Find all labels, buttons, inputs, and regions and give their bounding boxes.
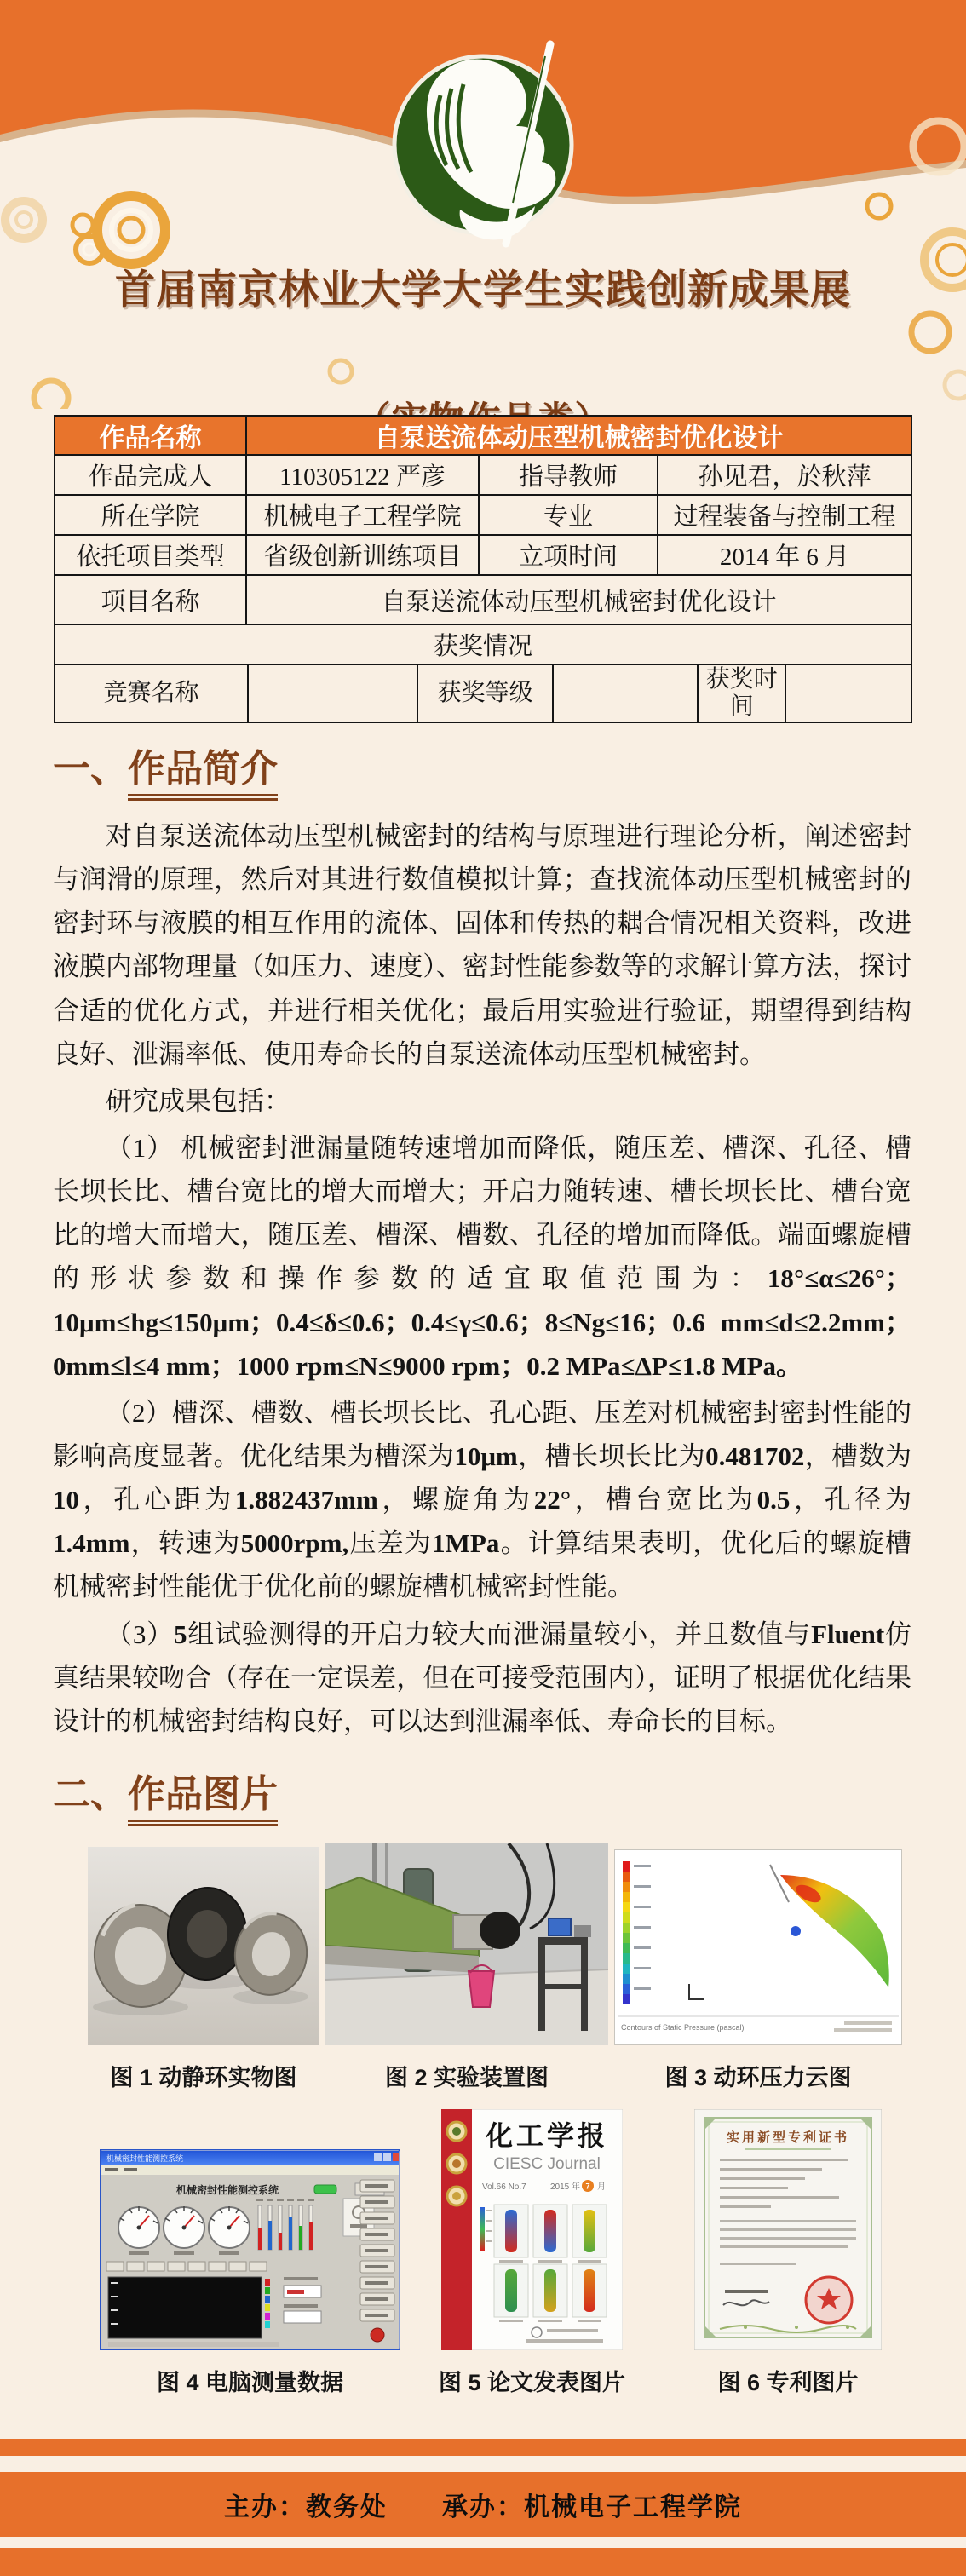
competition-label-cell: 竞赛名称 [55,665,247,722]
project-name-value-cell: 自泵送流体动压型机械密封优化设计 [246,575,911,624]
header-wave-artwork [0,0,966,409]
author-label-cell: 作品完成人 [55,455,246,495]
journal-date-suffix: 月 [597,2182,606,2192]
college-value-cell: 机械电子工程学院 [246,495,479,535]
measurement-app-screenshot: 机械密封性能测控系统 机械密封性能测控系统 [100,2149,400,2350]
red-seal-icon [806,2277,852,2323]
section-heading-images: 二、作品图片 [53,1763,911,1818]
section-number: 二、 [53,1774,128,1815]
footer-stripe-bottom [0,2548,966,2576]
stop-button-icon [371,2328,384,2342]
exhibition-poster: 首届南京林业大学大学生实践创新成果展 （实物作品类） 作品名称 自泵送流体动压型… [0,0,966,2576]
table-row-project-name: 项目名称 自泵送流体动压型机械密封优化设计 [55,575,911,624]
author-value-cell: 110305122 严彦 [246,455,479,495]
project-name-label-cell: 项目名称 [55,575,246,624]
figure-caption: 图 3 动环压力云图 [664,2059,851,2092]
results-lead-paragraph: 研究成果包括： [53,1079,911,1123]
project-info-table: 作品名称 自泵送流体动压型机械密封优化设计 作品完成人 110305122 严彦… [54,415,912,723]
seal-rings-photo [88,1847,319,2045]
figure-test-rig: 图 2 实验装置图 [325,1843,608,2092]
figure-row-2: 机械密封性能测控系统 机械密封性能测控系统 [53,2109,911,2397]
figure-caption: 图 2 实验装置图 [385,2059,549,2092]
table-row-author: 作品完成人 110305122 严彦 指导教师 孙见君，於秋萍 [55,455,911,495]
advisor-value-cell: 孙见君，於秋萍 [658,455,911,495]
award-time-label-cell: 获奖时间 [697,665,785,722]
section-number: 一、 [53,748,128,790]
section-title: 作品简介 [128,748,278,801]
major-label-cell: 专业 [479,495,658,535]
footer-text: 主办：教务处 承办：机械电子工程学院 [224,2486,742,2523]
figure-journal-cover: 化工学报 CIESC Journal Vol.66 No.7 2015 年 7 … [439,2109,625,2397]
patent-certificate-image: 实用新型专利证书 [694,2109,882,2350]
journal-date-prefix: 2015 年 [550,2181,580,2192]
side-button-column [360,2180,394,2342]
work-name-label-cell: 作品名称 [55,416,246,455]
journal-cover-image: 化工学报 CIESC Journal Vol.66 No.7 2015 年 7 … [441,2109,623,2350]
competition-value-cell [247,665,417,722]
table-row-college: 所在学院 机械电子工程学院 专业 过程装备与控制工程 [55,495,911,535]
figure-row-1: 图 1 动静环实物图 [53,1843,911,2092]
figure-caption: 图 6 专利图片 [718,2364,859,2397]
poster-title: 首届南京林业大学大学生实践创新成果展 [0,258,966,315]
start-time-value-cell: 2014 年 6 月 [658,535,911,575]
journal-badges [447,2122,466,2205]
result-paragraph-2: （2）槽深、槽数、槽长坝长比、孔心距、压差对机械密封密封性能的影响高度显著。优化… [53,1391,911,1609]
result-paragraph-3: （3）5组试验测得的开启力较大而泄漏量较小，并且数值与Fluent仿真结果较吻合… [53,1613,911,1743]
table-row-project-type: 依托项目类型 省级创新训练项目 立项时间 2014 年 6 月 [55,535,911,575]
journal-issue-text: Vol.66 No.7 [482,2182,526,2192]
award-grade-value-cell [552,665,697,722]
major-value-cell: 过程装备与控制工程 [658,495,911,535]
panel-title-text: 机械密封性能测控系统 [176,2183,279,2196]
journal-date-num: 7 [586,2182,590,2190]
test-rig-photo [325,1843,608,2045]
figure-caption: 图 1 动静环实物图 [110,2059,296,2092]
start-time-label-cell: 立项时间 [479,535,658,575]
journal-subtitle-text: CIESC Journal [493,2155,601,2173]
table-row-work-name: 作品名称 自泵送流体动压型机械密封优化设计 [55,416,911,455]
main-content: 一、作品简介 对自泵送流体动压型机械密封的结构与原理进行理论分析，阐述密封与润滑… [53,738,911,2397]
certificate-title-text: 实用新型专利证书 [727,2130,849,2145]
journal-title-text: 化工学报 [485,2120,608,2151]
window-title-text: 机械密封性能测控系统 [106,2153,183,2163]
section-heading-intro: 一、作品简介 [53,738,911,792]
award-section-cell: 获奖情况 [55,624,911,664]
table-row-award: 竞赛名称 获奖等级 获奖时间 [55,664,911,722]
result-paragraph-1: （1） 机械密封泄漏量随转速增加而降低，随压差、槽深、孔径、槽长坝长比、槽台宽比… [53,1126,911,1388]
project-type-value-cell: 省级创新训练项目 [246,535,479,575]
award-grade-label-cell: 获奖等级 [417,665,553,722]
table-row-award-header: 获奖情况 [55,624,911,664]
advisor-label-cell: 指导教师 [479,455,658,495]
work-name-value-cell: 自泵送流体动压型机械密封优化设计 [246,416,911,455]
figure-pressure-contour: Contours of Static Pressure (pascal) 图 3… [614,1849,902,2092]
plot-caption-text: Contours of Static Pressure (pascal) [621,2023,745,2032]
intro-paragraph: 对自泵送流体动压型机械密封的结构与原理进行理论分析，阐述密封与润滑的原理，然后对… [53,814,911,1076]
award-time-value-cell [785,665,911,722]
project-type-label-cell: 依托项目类型 [55,535,246,575]
figure-seal-rings: 图 1 动静环实物图 [88,1847,319,2092]
pressure-contour-plot: Contours of Static Pressure (pascal) [614,1849,902,2045]
figure-caption: 图 4 电脑测量数据 [157,2364,343,2397]
college-label-cell: 所在学院 [55,495,246,535]
close-icon [393,2153,399,2161]
section-title: 作品图片 [128,1774,278,1826]
footer-main-band: 主办：教务处 承办：机械电子工程学院 [0,2472,966,2537]
figure-patent-certificate: 实用新型专利证书 [694,2109,882,2397]
footer-stripe-top [0,2439,966,2456]
figure-caption: 图 5 论文发表图片 [439,2364,625,2397]
figure-measurement-software: 机械密封性能测控系统 机械密封性能测控系统 [100,2149,400,2397]
